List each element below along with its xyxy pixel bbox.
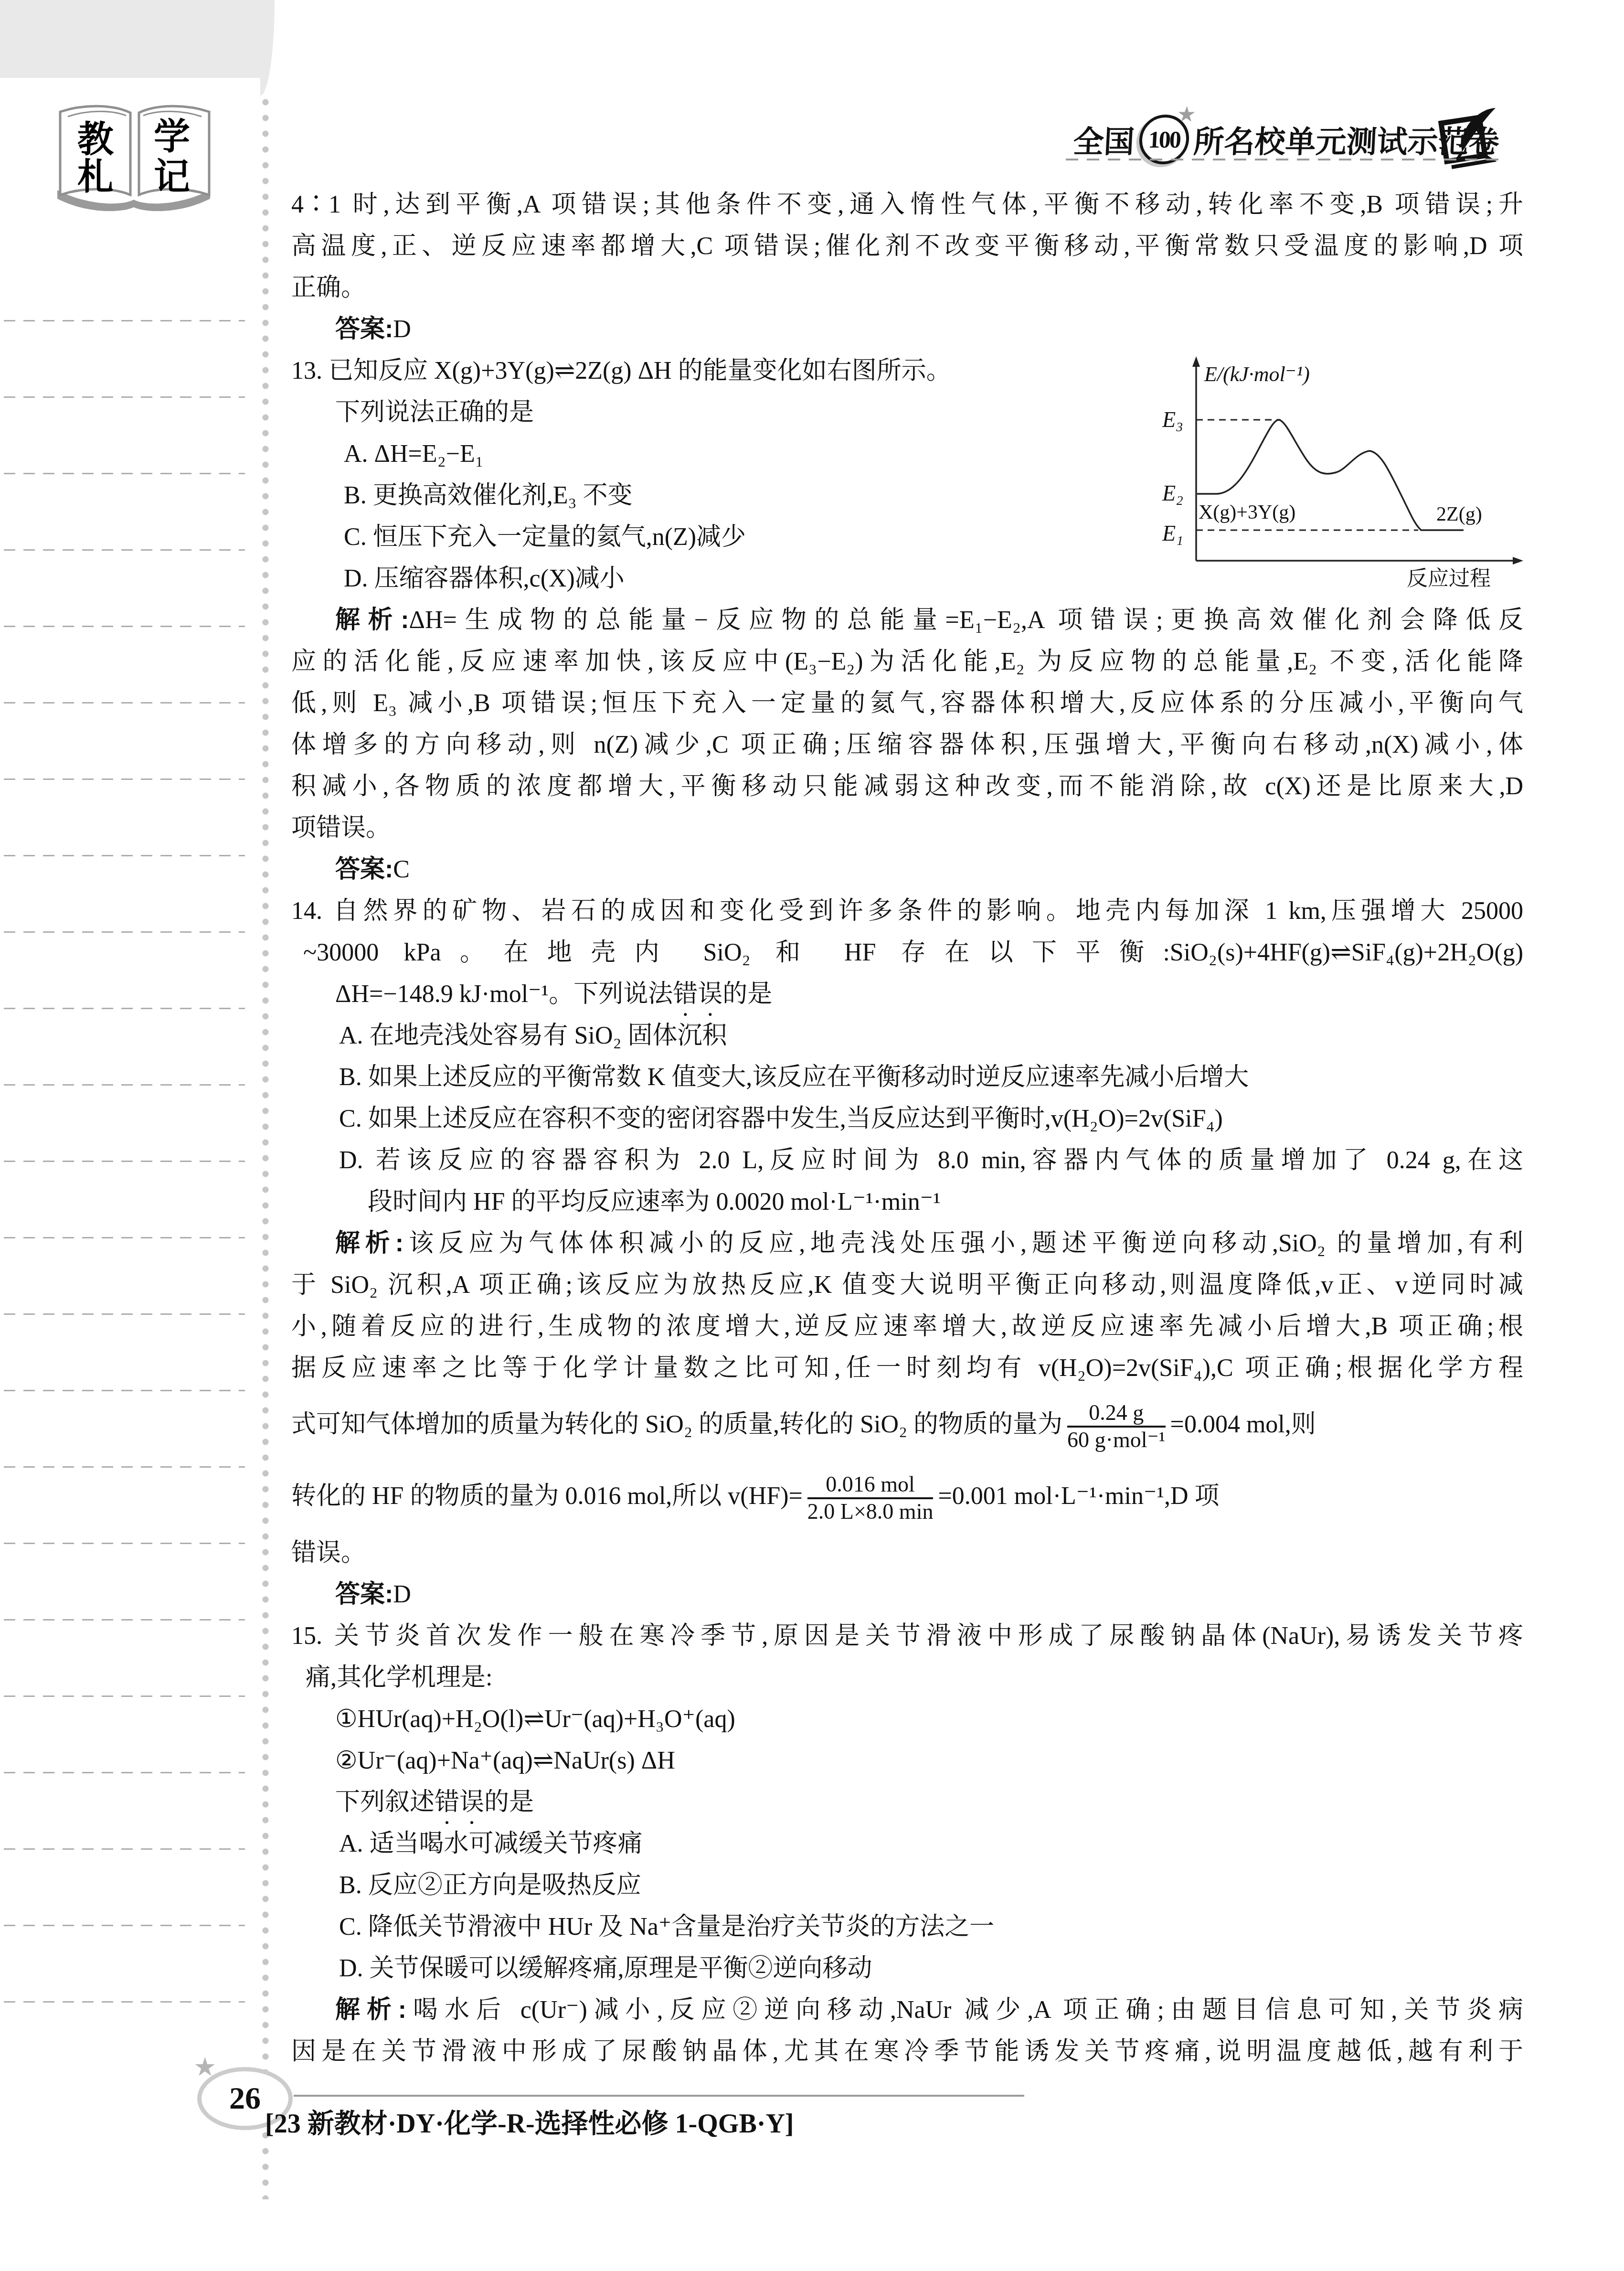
text-segment: 式可知气体增加的质量为转化的 SiO₂ 的质量,转化的 SiO₂ 的物质的量为	[291, 1411, 1062, 1438]
text-segment: ~30000 kPa。在地壳内 SiO₂ 和 HF 存在以下平衡:SiO₂(s)…	[303, 939, 1523, 966]
text-segment: B. 更换高效催化剂,E₃ 不变	[344, 482, 633, 509]
text-segment: 低,则 E₃ 减小,B 项错误;恒压下充入一定量的氦气,容器体积增大,反应体系的…	[291, 690, 1523, 717]
logo-char-2: 学	[154, 117, 190, 157]
text-line: 解析:该反应为气体体积减小的反应,地壳浅处压强小,题述平衡逆向移动,SiO₂ 的…	[291, 1223, 1523, 1264]
text-line: 于 SiO₂ 沉积,A 项正确;该反应为放热反应,K 值变大说明平衡正向移动,则…	[291, 1264, 1523, 1306]
text-line: ②Ur⁻(aq)+Na⁺(aq)⇌NaUr(s) ΔH	[291, 1740, 1523, 1781]
text-segment: 喝水后 c(Ur⁻)减小,反应②逆向移动,NaUr 减少,A 项正确;由题目信息…	[406, 1996, 1523, 2024]
logo-char-3: 札	[77, 157, 114, 197]
margin-note-line	[4, 320, 245, 321]
header-100-badge: 100 ★	[1138, 115, 1190, 164]
margin-note-line	[4, 473, 245, 474]
margin-note-line	[4, 626, 245, 627]
q14: 14. 自然界的矿物、岩石的成因和变化受到许多条件的影响。地壳内每加深 1 km…	[291, 890, 1523, 1223]
text-segment: C. 恒压下充入一定量的氦气,n(Z)减少	[344, 523, 746, 551]
text-line: 解析:喝水后 c(Ur⁻)减小,反应②逆向移动,NaUr 减少,A 项正确;由题…	[291, 1989, 1523, 2031]
text-segment: C	[393, 856, 410, 883]
margin-note-line	[4, 1466, 245, 1468]
text-line: D. 若该反应的容器容积为 2.0 L,反应时间为 8.0 min,容器内气体的…	[291, 1140, 1523, 1181]
text-segment: =0.004 mol,则	[1170, 1411, 1316, 1438]
margin-note-line	[4, 1313, 245, 1315]
margin-note-line	[4, 2001, 245, 2003]
text-line: 答案:D	[291, 1574, 1523, 1615]
q15-solution: 解析:喝水后 c(Ur⁻)减小,反应②逆向移动,NaUr 减少,A 项正确;由题…	[291, 1989, 1523, 2072]
fraction-numerator: 0.016 mol	[826, 1472, 915, 1497]
quill-pen-icon	[1432, 106, 1503, 178]
text-segment: 13. 已知反应 X(g)+3Y(g)⇌2Z(g) ΔH 的能量变化如右图所示。	[291, 357, 951, 384]
x-axis-arrow	[1513, 557, 1523, 565]
text-line: 错误。	[291, 1532, 1523, 1574]
margin-note-line	[4, 1772, 245, 1773]
text-line: ΔH=−148.9 kJ·mol⁻¹。下列说法错误的是	[291, 973, 1523, 1015]
margin-note-line	[4, 1848, 245, 1850]
products-label: 2Z(g)	[1436, 503, 1482, 525]
y-axis-label: E/(kJ·mol⁻¹)	[1204, 363, 1310, 386]
x-axis-label: 反应过程	[1407, 567, 1491, 590]
fraction: 0.24 g60 g·mol⁻¹	[1067, 1400, 1165, 1453]
q14-solution: 解析:该反应为气体体积减小的反应,地壳浅处压强小,题述平衡逆向移动,SiO₂ 的…	[291, 1223, 1523, 1615]
text-segment: ①HUr(aq)+H₂O(l)⇌Ur⁻(aq)+H₃O⁺(aq)	[335, 1706, 735, 1733]
text-line: B. 反应②正方向是吸热反应	[291, 1865, 1523, 1906]
text-segment: A. ΔH=E₂−E₁	[344, 440, 484, 468]
text-segment: 的是	[484, 1789, 534, 1816]
footer-rule	[294, 2095, 1024, 2097]
fraction-numerator: 0.24 g	[1089, 1400, 1144, 1426]
margin-note-line	[4, 1543, 245, 1544]
margin-dotted-divider	[262, 98, 269, 2199]
text-line: 低,则 E₃ 减小,B 项错误;恒压下充入一定量的氦气,容器体积增大,反应体系的…	[291, 682, 1523, 724]
energy-profile-figure: E/(kJ·mol⁻¹) E₃ E₂ E₁ X(g)+3Y(g) 2Z(g) 反…	[1151, 354, 1528, 593]
text-segment: ΔH=生成物的总能量−反应物的总能量=E₁−E₂,A 项错误;更换高效催化剂会降…	[409, 607, 1524, 634]
reactants-label: X(g)+3Y(g)	[1199, 501, 1295, 523]
text-segment: 因是在关节滑液中形成了尿酸钠晶体,尤其在寒冷季节能诱发关节疼痛,说明温度越低,越…	[291, 2038, 1523, 2065]
text-segment: D	[393, 316, 411, 343]
logo-char-1: 教	[77, 120, 114, 160]
text-line: 答案:C	[291, 849, 1523, 890]
text-segment: B. 反应②正方向是吸热反应	[339, 1872, 641, 1899]
text-segment: D. 若该反应的容器容积为 2.0 L,反应时间为 8.0 min,容器内气体的…	[339, 1147, 1523, 1174]
text-line: 转化的 HF 的物质的量为 0.016 mol,所以 v(HF)=0.016 m…	[291, 1461, 1523, 1532]
text-line: 项错误。	[291, 807, 1523, 849]
text-segment: D. 关节保暖可以缓解疼痛,原理是平衡②逆向移动	[339, 1955, 872, 1982]
quill-feather	[1462, 108, 1496, 152]
text-segment: ΔH=−148.9 kJ·mol⁻¹。下列说法	[335, 981, 673, 1008]
energy-level-e2-label: E₂	[1162, 481, 1183, 505]
text-line: D. 关节保暖可以缓解疼痛,原理是平衡②逆向移动	[291, 1948, 1523, 1989]
text-segment: 小,随着反应的进行,生成物的浓度增大,逆反应速率增大,故逆反应速率先减小后增大,…	[291, 1313, 1523, 1340]
text-line: A. 适当喝水可减缓关节疼痛	[291, 1823, 1523, 1865]
header-dashed-rule	[1066, 159, 1499, 160]
margin-note-line	[4, 549, 245, 551]
y-axis-arrow	[1192, 356, 1200, 367]
text-line: B. 如果上述反应的平衡常数 K 值变大,该反应在平衡移动时逆反应速率先减小后增…	[291, 1056, 1523, 1098]
text-line: 式可知气体增加的质量为转化的 SiO₂ 的质量,转化的 SiO₂ 的物质的量为0…	[291, 1389, 1523, 1461]
emphasized-text: 错误	[673, 981, 722, 1008]
text-segment: D. 压缩容器体积,c(X)减小	[344, 565, 625, 592]
text-line: 段时间内 HF 的平均反应速率为 0.0020 mol·L⁻¹·min⁻¹	[291, 1181, 1523, 1223]
text-segment: C. 降低关节滑液中 HUr 及 Na⁺含量是治疗关节炎的方法之一	[339, 1913, 994, 1940]
q13-solution: 解析:ΔH=生成物的总能量−反应物的总能量=E₁−E₂,A 项错误;更换高效催化…	[291, 599, 1523, 890]
energy-level-e3-label: E₃	[1162, 407, 1183, 432]
margin-note-line	[4, 1161, 245, 1162]
text-line: 据反应速率之比等于化学计量数之比可知,任一时刻均有 v(H₂O)=2v(SiF₄…	[291, 1347, 1523, 1389]
bold-label: 答案:	[335, 1580, 393, 1608]
text-segment: 正确。	[291, 274, 366, 301]
text-segment: 下列说法正确的是	[335, 399, 534, 426]
margin-note-line	[4, 778, 245, 780]
text-line: 正确。	[291, 267, 1523, 309]
margin-note-line	[4, 855, 245, 856]
text-segment: 项错误。	[291, 814, 391, 842]
text-line: ~30000 kPa。在地壳内 SiO₂ 和 HF 存在以下平衡:SiO₂(s)…	[291, 932, 1523, 973]
text-segment: C. 如果上述反应在容积不变的密闭容器中发生,当反应达到平衡时,v(H₂O)=2…	[339, 1105, 1223, 1132]
margin-note-line	[4, 1619, 245, 1621]
text-segment: 应的活化能,反应速率加快,该反应中(E₃−E₂)为活化能,E₂ 为反应物的总能量…	[291, 648, 1523, 675]
text-segment: 高温度,正、逆反应速率都增大,C 项错误;催化剂不改变平衡移动,平衡常数只受温度…	[291, 233, 1523, 260]
text-segment: 4∶1 时,达到平衡,A 项错误;其他条件不变,通入惰性气体,平衡不移动,转化率…	[291, 191, 1523, 218]
q15: 15. 关节炎首次发作一般在寒冷季节,原因是关节滑液中形成了尿酸钠晶体(NaUr…	[291, 1615, 1523, 1989]
margin-note-line	[4, 1925, 245, 1926]
text-line: 4∶1 时,达到平衡,A 项错误;其他条件不变,通入惰性气体,平衡不移动,转化率…	[291, 184, 1523, 225]
text-line: 痛,其化学机理是:	[291, 1657, 1523, 1698]
footer-edition-code: [23 新教材·DY·化学-R-选择性必修 1-QGB·Y]	[265, 2102, 794, 2141]
text-segment: D	[393, 1581, 411, 1608]
bold-label: 解析:	[335, 606, 409, 634]
text-line: 因是在关节滑液中形成了尿酸钠晶体,尤其在寒冷季节能诱发关节疼痛,说明温度越低,越…	[291, 2031, 1523, 2072]
q12-solution-continued: 4∶1 时,达到平衡,A 项错误;其他条件不变,通入惰性气体,平衡不移动,转化率…	[291, 184, 1523, 350]
text-line: C. 降低关节滑液中 HUr 及 Na⁺含量是治疗关节炎的方法之一	[291, 1906, 1523, 1948]
margin-note-line	[4, 1695, 245, 1697]
fraction: 0.016 mol2.0 L×8.0 min	[807, 1472, 934, 1525]
text-segment: 错误。	[291, 1539, 366, 1567]
text-segment: 下列叙述	[335, 1789, 435, 1816]
text-line: 积减小,各物质的浓度都增大,平衡移动只能减弱这种改变,而不能消除,故 c(X)还…	[291, 766, 1523, 807]
margin-note-line	[4, 396, 245, 398]
text-line: 答案:D	[291, 309, 1523, 350]
textbook-page: { "page": { "logo_chars": ["教", "学", "札"…	[0, 0, 1624, 2271]
text-line: 15. 关节炎首次发作一般在寒冷季节,原因是关节滑液中形成了尿酸钠晶体(NaUr…	[291, 1615, 1523, 1657]
margin-note-line	[4, 1390, 245, 1391]
text-line: 小,随着反应的进行,生成物的浓度增大,逆反应速率增大,故逆反应速率先减小后增大,…	[291, 1306, 1523, 1347]
text-segment: A. 在地壳浅处容易有 SiO₂ 固体沉积	[339, 1022, 727, 1049]
text-segment: 段时间内 HF 的平均反应速率为 0.0020 mol·L⁻¹·min⁻¹	[368, 1188, 941, 1215]
header-title-prefix: 全国	[1072, 117, 1136, 161]
text-line: 体增多的方向移动,则 n(Z)减少,C 项正确;压缩容器体积,压强增大,平衡向右…	[291, 724, 1523, 766]
margin-note-line	[4, 1237, 245, 1238]
text-segment: 15. 关节炎首次发作一般在寒冷季节,原因是关节滑液中形成了尿酸钠晶体(NaUr…	[291, 1622, 1523, 1650]
text-segment: 的是	[722, 981, 772, 1008]
text-line: 下列叙述错误的是	[291, 1781, 1523, 1823]
text-line: C. 如果上述反应在容积不变的密闭容器中发生,当反应达到平衡时,v(H₂O)=2…	[291, 1098, 1523, 1140]
badge-star-icon: ★	[1178, 103, 1196, 126]
text-segment: A. 适当喝水可减缓关节疼痛	[339, 1830, 643, 1857]
page-number: 26	[229, 2080, 261, 2117]
text-segment: 14. 自然界的矿物、岩石的成因和变化受到许多条件的影响。地壳内每加深 1 km…	[291, 897, 1523, 925]
text-segment: 转化的 HF 的物质的量为 0.016 mol,所以 v(HF)=	[291, 1482, 803, 1510]
fraction-denominator: 60 g·mol⁻¹	[1067, 1426, 1165, 1453]
text-segment: B. 如果上述反应的平衡常数 K 值变大,该反应在平衡移动时逆反应速率先减小后增…	[339, 1064, 1249, 1091]
text-line: 应的活化能,反应速率加快,该反应中(E₃−E₂)为活化能,E₂ 为反应物的总能量…	[291, 641, 1523, 682]
energy-level-e1-label: E₁	[1162, 521, 1183, 545]
text-line: 14. 自然界的矿物、岩石的成因和变化受到许多条件的影响。地壳内每加深 1 km…	[291, 890, 1523, 932]
margin-note-line	[4, 1084, 245, 1086]
text-segment: 据反应速率之比等于化学计量数之比可知,任一时刻均有 v(H₂O)=2v(SiF₄…	[291, 1354, 1523, 1382]
text-segment: 该反应为气体体积减小的反应,地壳浅处压强小,题述平衡逆向移动,SiO₂ 的量增加…	[403, 1230, 1523, 1257]
text-line: 解析:ΔH=生成物的总能量−反应物的总能量=E₁−E₂,A 项错误;更换高效催化…	[291, 599, 1523, 641]
margin-note-line	[4, 1008, 245, 1009]
text-line: 高温度,正、逆反应速率都增大,C 项错误;催化剂不改变平衡移动,平衡常数只受温度…	[291, 225, 1523, 267]
bold-label: 解析:	[335, 1996, 406, 2024]
bold-label: 答案:	[335, 855, 393, 883]
fraction-denominator: 2.0 L×8.0 min	[807, 1497, 934, 1525]
text-segment: ②Ur⁻(aq)+Na⁺(aq)⇌NaUr(s) ΔH	[335, 1747, 675, 1774]
text-line: A. 在地壳浅处容易有 SiO₂ 固体沉积	[291, 1015, 1523, 1056]
text-segment: 体增多的方向移动,则 n(Z)减少,C 项正确;压缩容器体积,压强增大,平衡向右…	[291, 731, 1523, 758]
emphasized-text: 错误	[435, 1789, 484, 1816]
page-corner-background	[0, 0, 260, 78]
text-segment: 痛,其化学机理是:	[306, 1664, 492, 1691]
margin-note-line	[4, 931, 245, 933]
bold-label: 答案:	[335, 315, 393, 343]
margin-note-line	[4, 702, 245, 704]
text-segment: 积减小,各物质的浓度都增大,平衡移动只能减弱这种改变,而不能消除,故 c(X)还…	[291, 773, 1523, 800]
badge-number: 100	[1147, 126, 1180, 153]
bold-label: 解析:	[335, 1229, 403, 1257]
text-segment: =0.001 mol·L⁻¹·min⁻¹,D 项	[938, 1482, 1219, 1510]
text-line: ①HUr(aq)+H₂O(l)⇌Ur⁻(aq)+H₃O⁺(aq)	[291, 1698, 1523, 1740]
teaching-notes-book-logo: 教 学 札 记	[53, 100, 216, 220]
text-segment: 于 SiO₂ 沉积,A 项正确;该反应为放热反应,K 值变大说明平衡正向移动,则…	[291, 1271, 1523, 1299]
logo-char-4: 记	[154, 157, 190, 197]
